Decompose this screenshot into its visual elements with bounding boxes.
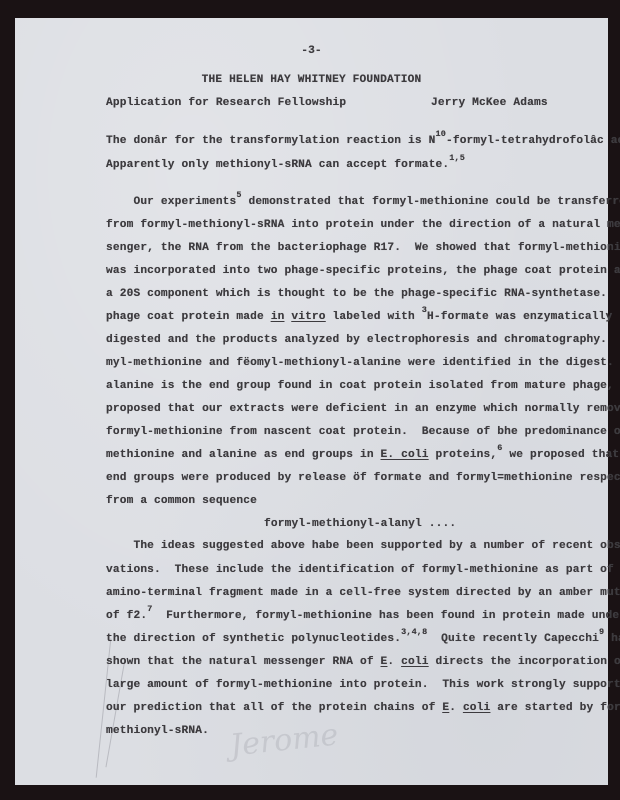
document-subheader-left: Application for Research Fellowship xyxy=(106,97,346,109)
underlined-text: coli xyxy=(401,656,428,668)
citation: 3,4,8 xyxy=(401,627,427,637)
paragraph-2-line: proposed that our extracts were deficien… xyxy=(106,403,620,415)
pencil-annotation: Jerome xyxy=(228,717,339,763)
text: labeled with xyxy=(326,311,422,323)
paragraph-2-line: alanine is the end group found in coat p… xyxy=(106,380,620,392)
paragraph-2-line: digested and the products analyzed by el… xyxy=(106,334,620,346)
paragraph-3-line: methionyl-sRNA. xyxy=(106,725,209,737)
paragraph-2-line: phage coat protein made in vitro labeled… xyxy=(106,311,612,323)
paragraph-2-line: senger, the RNA from the bacteriophage R… xyxy=(106,242,620,254)
text: . xyxy=(387,656,401,668)
paragraph-3-line: the direction of synthetic polynucleotid… xyxy=(106,633,620,645)
paragraph-2-line: methionine and alanine as end groups in … xyxy=(106,449,620,461)
text: the direction of synthetic polynucleotid… xyxy=(106,633,401,645)
citation: 6 xyxy=(497,443,502,453)
superscript: 3 xyxy=(422,305,427,315)
text: has xyxy=(604,633,620,645)
paragraph-2-line: from formyl-methionyl-sRNA into protein … xyxy=(106,219,620,231)
page-number: -3- xyxy=(15,45,608,57)
paragraph-3-line: vations. These include the identificatio… xyxy=(106,564,620,576)
text: shown that the natural messenger RNA of xyxy=(106,656,381,668)
paragraph-2-line: end groups were produced by release öf f… xyxy=(106,472,620,484)
document-header-title: THE HELEN HAY WHITNEY FOUNDATION xyxy=(15,74,608,86)
text: our prediction that all of the protein c… xyxy=(106,702,442,714)
text: The donâr for the transformylation react… xyxy=(106,135,435,147)
text: proteins, xyxy=(429,449,498,461)
text: methionine and alanine as end groups in xyxy=(106,449,381,461)
underlined-text: in xyxy=(271,311,285,323)
paragraph-2-line: Our experiments5 demonstrated that formy… xyxy=(106,196,620,208)
text: directs the incorporation of a xyxy=(429,656,620,668)
underlined-text: vitro xyxy=(291,311,325,323)
citation: 1,5 xyxy=(449,153,465,163)
paragraph-3-line: shown that the natural messenger RNA of … xyxy=(106,656,620,668)
text: are started by formyl- xyxy=(490,702,620,714)
sequence-formula: formyl-methionyl-alanyl .... xyxy=(264,518,456,530)
paragraph-3-line: large amount of formyl-methionine into p… xyxy=(106,679,620,691)
paragraph-1-line: The donâr for the transformylation react… xyxy=(106,135,620,147)
underlined-text: coli xyxy=(463,702,490,714)
paragraph-3-line: amino-terminal fragment made in a cell-f… xyxy=(106,587,620,599)
document-page: Jerome -3- THE HELEN HAY WHITNEY FOUNDAT… xyxy=(15,18,608,785)
text: of f2. xyxy=(106,610,147,622)
text: . xyxy=(449,702,463,714)
paragraph-2-line: formyl-methionine from nascent coat prot… xyxy=(106,426,620,438)
text: -formyl-tetrahydrofolâc acid. xyxy=(446,135,620,147)
citation: 7 xyxy=(147,604,152,614)
citation: 9 xyxy=(599,627,604,637)
paragraph-2-line: a 20S component which is thought to be t… xyxy=(106,288,620,300)
underlined-text: E. coli xyxy=(381,449,429,461)
text: Quite recently Capecchi xyxy=(427,633,599,645)
citation: 5 xyxy=(236,190,241,200)
text: we proposed that these xyxy=(503,449,620,461)
superscript: 10 xyxy=(435,129,446,139)
text: demonstrated that formyl-methionine coul… xyxy=(242,196,620,208)
paragraph-3-line: of f2.7 Furthermore, formyl-methionine h… xyxy=(106,610,620,622)
paragraph-2-line: was incorporated into two phage-specific… xyxy=(106,265,620,277)
document-author: Jerry McKee Adams xyxy=(431,97,548,109)
text: Furthermore, formyl-methionine has been … xyxy=(152,610,620,622)
paragraph-2-line: myl-methionine and fëomyl-methionyl-alan… xyxy=(106,357,620,369)
paragraph-1-line: Apparently only methionyl-sRNA can accep… xyxy=(106,159,465,171)
text: Apparently only methionyl-sRNA can accep… xyxy=(106,159,449,171)
text: H-formate was enzymatically xyxy=(427,311,612,323)
text: phage coat protein made xyxy=(106,311,271,323)
paragraph-3-line: our prediction that all of the protein c… xyxy=(106,702,620,714)
paragraph-2-line: from a common sequence xyxy=(106,495,257,507)
paragraph-3-line: The ideas suggested above habe been supp… xyxy=(106,540,620,552)
text: Our experiments xyxy=(106,196,236,208)
